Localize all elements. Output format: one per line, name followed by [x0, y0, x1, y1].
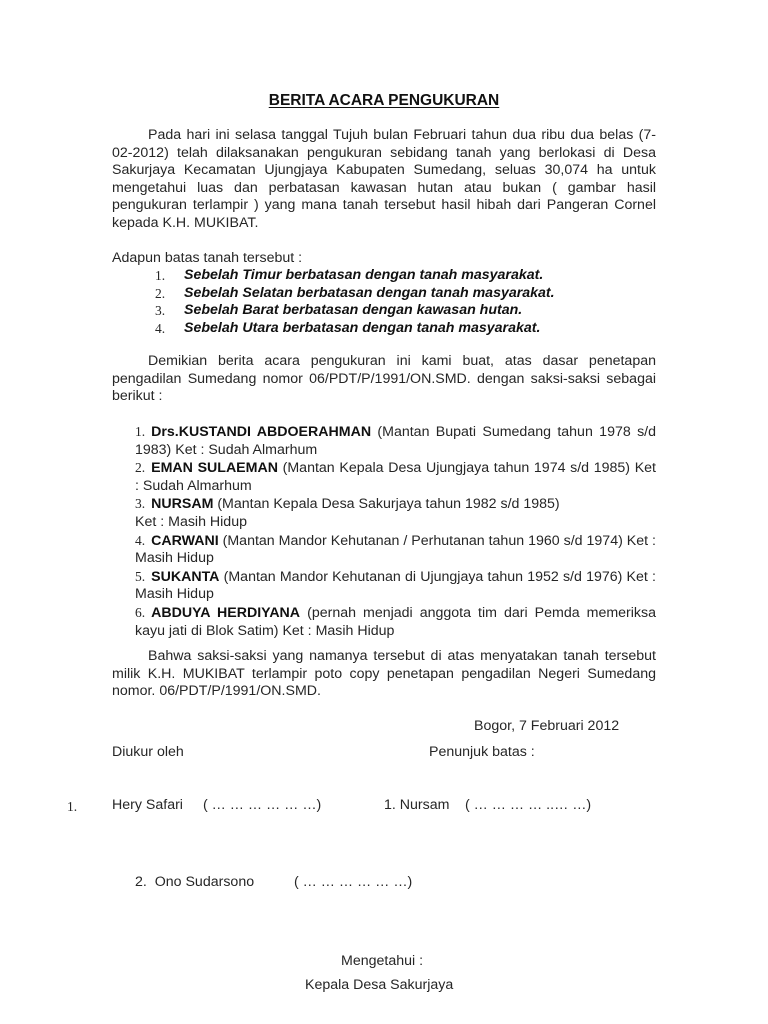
place-date: Bogor, 7 Februari 2012 [474, 718, 619, 735]
witness-list: 1.Drs.KUSTANDI ABDOERAHMAN (Mantan Bupat… [135, 423, 656, 640]
guide-1-signature-line: ( … … … … ..… …) [465, 797, 591, 814]
witness-item: 4.CARWANI (Mantan Mandor Kehutanan / Per… [135, 532, 656, 568]
witness-item: 3.NURSAM (Mantan Kepala Desa Sakurjaya t… [135, 495, 656, 531]
boundary-item: 1.Sebelah Timur berbatasan dengan tanah … [155, 267, 675, 285]
guide-1-name: 1. Nursam [384, 797, 449, 814]
boundary-guide-label: Penunjuk batas : [429, 744, 535, 761]
measurer-2-signature-line: ( … … … … … …) [294, 874, 412, 891]
closing-paragraph: Bahwa saksi-saksi yang namanya tersebut … [112, 648, 656, 701]
boundaries-list: 1.Sebelah Timur berbatasan dengan tanah … [155, 267, 675, 337]
boundary-item: 3.Sebelah Barat berbatasan dengan kawasa… [155, 302, 675, 320]
measurer-1-number: 1. [67, 798, 77, 815]
statement-paragraph: Demikian berita acara pengukuran ini kam… [112, 353, 656, 406]
acknowledged-label: Mengetahui : [341, 953, 423, 970]
witness-item: 2.EMAN SULAEMAN (Mantan Kepala Desa Ujun… [135, 459, 656, 495]
boundaries-heading: Adapun batas tanah tersebut : [112, 250, 656, 268]
boundary-item: 4.Sebelah Utara berbatasan dengan tanah … [155, 320, 675, 338]
measurer-2-name: 2. Ono Sudarsono [135, 874, 254, 891]
boundary-item: 2.Sebelah Selatan berbatasan dengan tana… [155, 285, 675, 303]
acknowledged-by: Kepala Desa Sakurjaya [305, 977, 453, 994]
measurer-1-name: Hery Safari [112, 797, 183, 814]
witness-item: 6.ABDUYA HERDIYANA (pernah menjadi anggo… [135, 604, 656, 640]
witness-item: 5.SUKANTA (Mantan Mandor Kehutanan di Uj… [135, 568, 656, 604]
measurer-1-signature-line: ( … … … … … …) [203, 797, 321, 814]
intro-paragraph: Pada hari ini selasa tanggal Tujuh bulan… [112, 127, 656, 233]
document-title: BERITA ACARA PENGUKURAN [0, 92, 768, 110]
measured-by-label: Diukur oleh [112, 744, 184, 761]
witness-item: 1.Drs.KUSTANDI ABDOERAHMAN (Mantan Bupat… [135, 423, 656, 459]
